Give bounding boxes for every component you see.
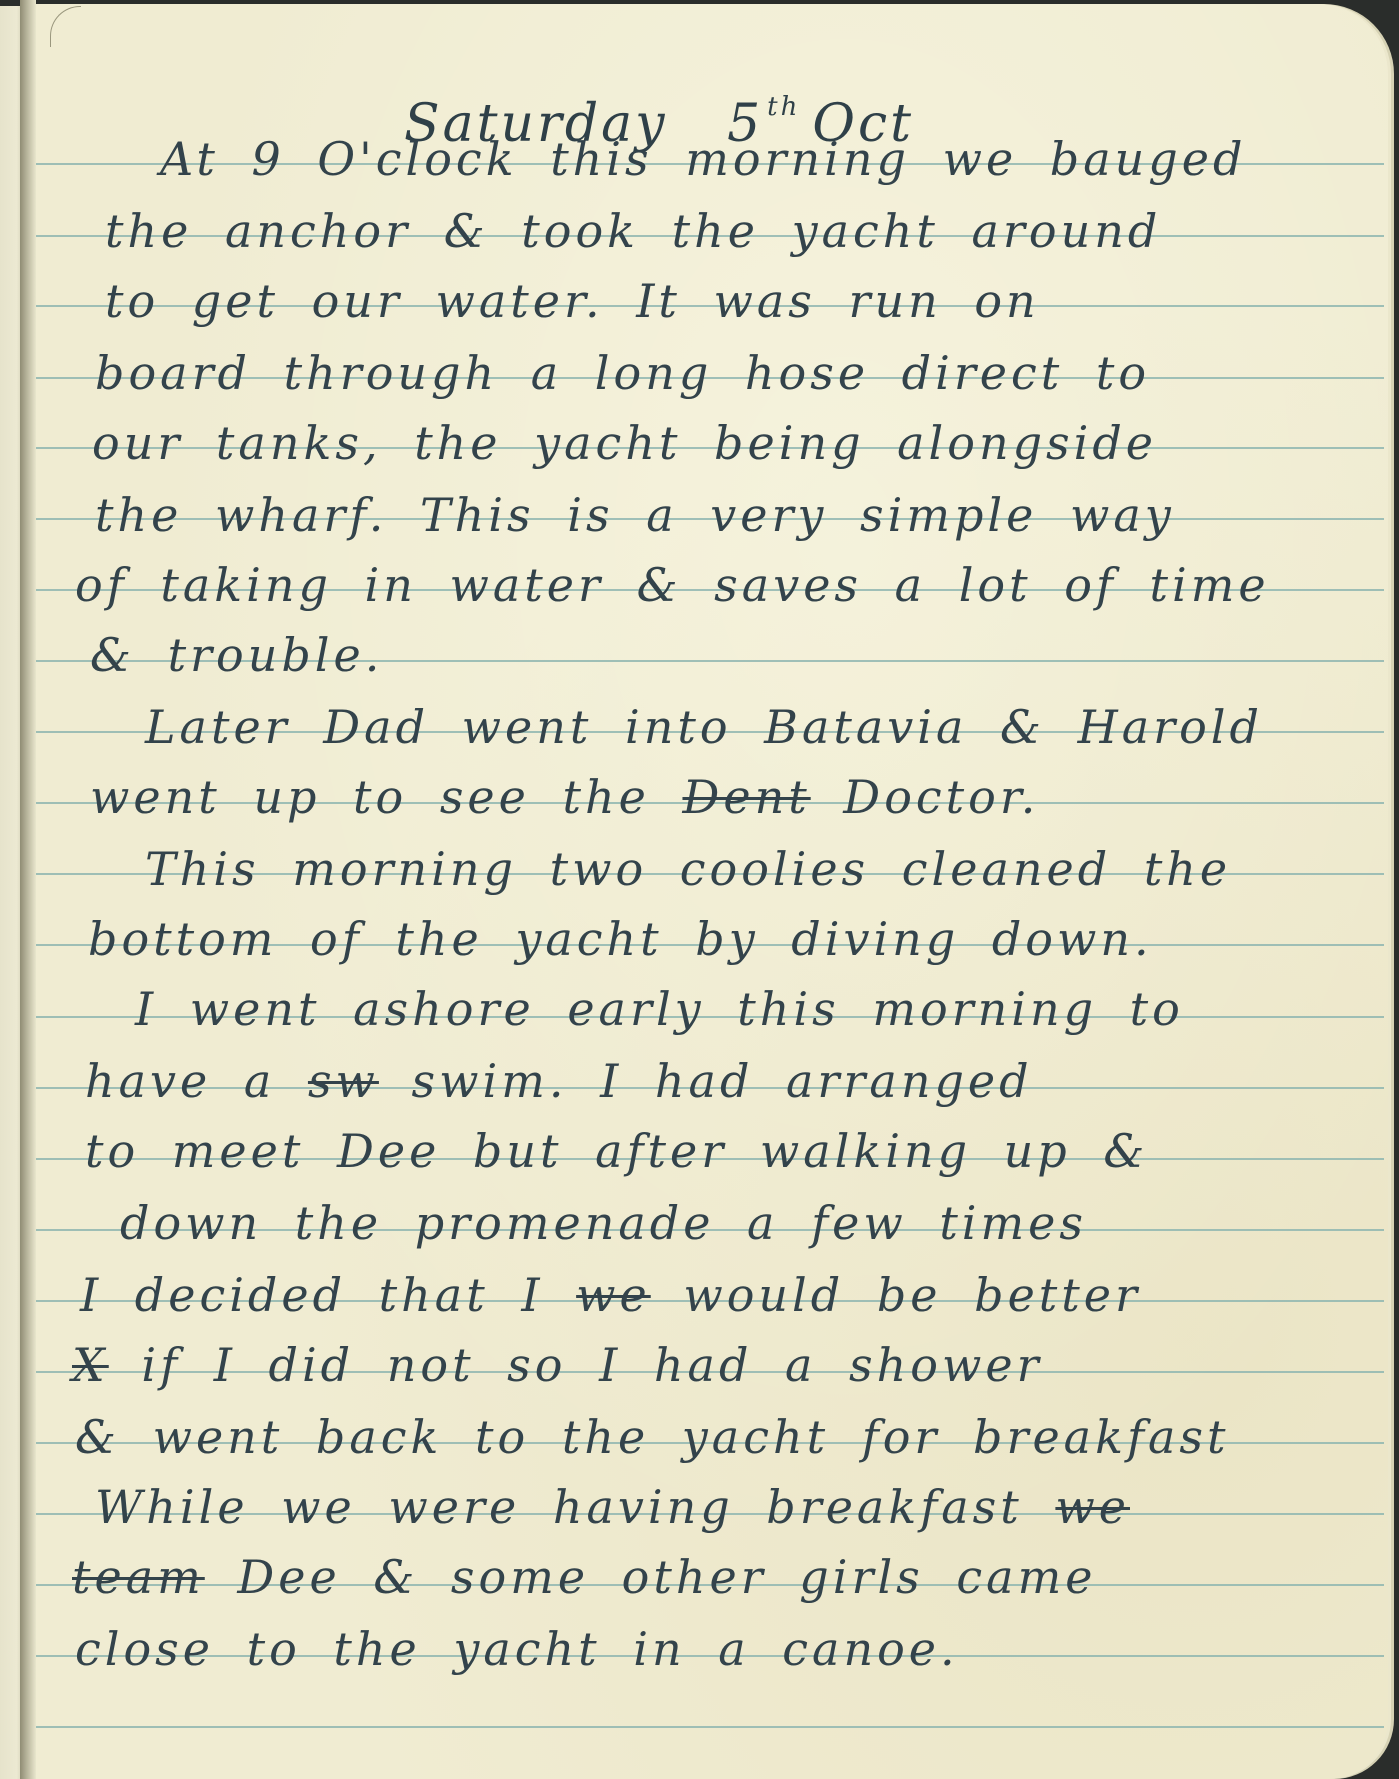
handwritten-line: to get our water. It was run on [105,278,1040,324]
binding-gutter-shadow [20,0,36,1779]
struck-out-word: X [72,1338,109,1392]
handwritten-line: down the promenade a few times [120,1200,1087,1246]
handwritten-line: the anchor & took the yacht around [105,208,1161,254]
line-segment: While we were having breakfast [95,1480,1055,1534]
handwritten-line: team Dee & some other girls came [72,1554,1096,1600]
line-segment: I went [135,982,353,1036]
handwritten-line: Later Dad went into Batavia & Harold [145,704,1263,750]
handwritten-line: of taking in water & saves a lot of time [75,562,1270,608]
handwritten-line: have a sw swim. I had arranged [85,1058,1033,1104]
line-segment: if I did not so I had a shower [109,1338,1043,1392]
line-segment: early this morning to [535,982,1184,1036]
struck-out-word: team [72,1550,205,1604]
line-segment: ashore [353,982,535,1036]
diary-entry: Saturday 5thOct At 9 O'clock this mornin… [24,4,1394,1779]
handwritten-line: At 9 O'clock this morning we bauged [160,136,1246,182]
handwritten-line: This morning two coolies cleaned the [145,846,1231,892]
handwritten-line: I decided that I we would be better [80,1272,1141,1318]
line-segment: I decided that I [80,1268,576,1322]
handwritten-line: our tanks, the yacht being alongside [92,420,1157,466]
handwritten-line: to meet Dee but after walking up & [85,1128,1148,1174]
line-segment: would be better [651,1268,1141,1322]
handwritten-line: While we were having breakfast we [95,1484,1130,1530]
struck-out-word: Dent [682,770,810,824]
line-segment: Dee & some other girls came [205,1550,1097,1604]
diary-page: Saturday 5thOct At 9 O'clock this mornin… [24,4,1394,1779]
line-segment: swim. I had arranged [379,1054,1033,1108]
handwritten-line: went up to see the Dent Doctor. [90,774,1039,820]
line-segment: Doctor. [811,770,1040,824]
struck-out-word: we [1055,1480,1130,1534]
line-segment: went up to see the [90,770,682,824]
handwritten-line: bottom of the yacht by diving down. [88,916,1153,962]
handwritten-line: X if I did not so I had a shower [72,1342,1043,1388]
line-segment: have a [85,1054,308,1108]
handwritten-line: I went ashore early this morning to [135,986,1184,1032]
handwritten-line: & went back to the yacht for breakfast [75,1414,1230,1460]
heading-date-suffix: th [767,92,800,122]
struck-out-word: we [576,1268,651,1322]
struck-out-word: sw [308,1054,379,1108]
handwritten-line: close to the yacht in a canoe. [75,1626,959,1672]
handwritten-line: & trouble. [90,632,383,678]
handwritten-line: board through a long hose direct to [95,350,1150,396]
handwritten-line: the wharf. This is a very simple way [95,492,1175,538]
